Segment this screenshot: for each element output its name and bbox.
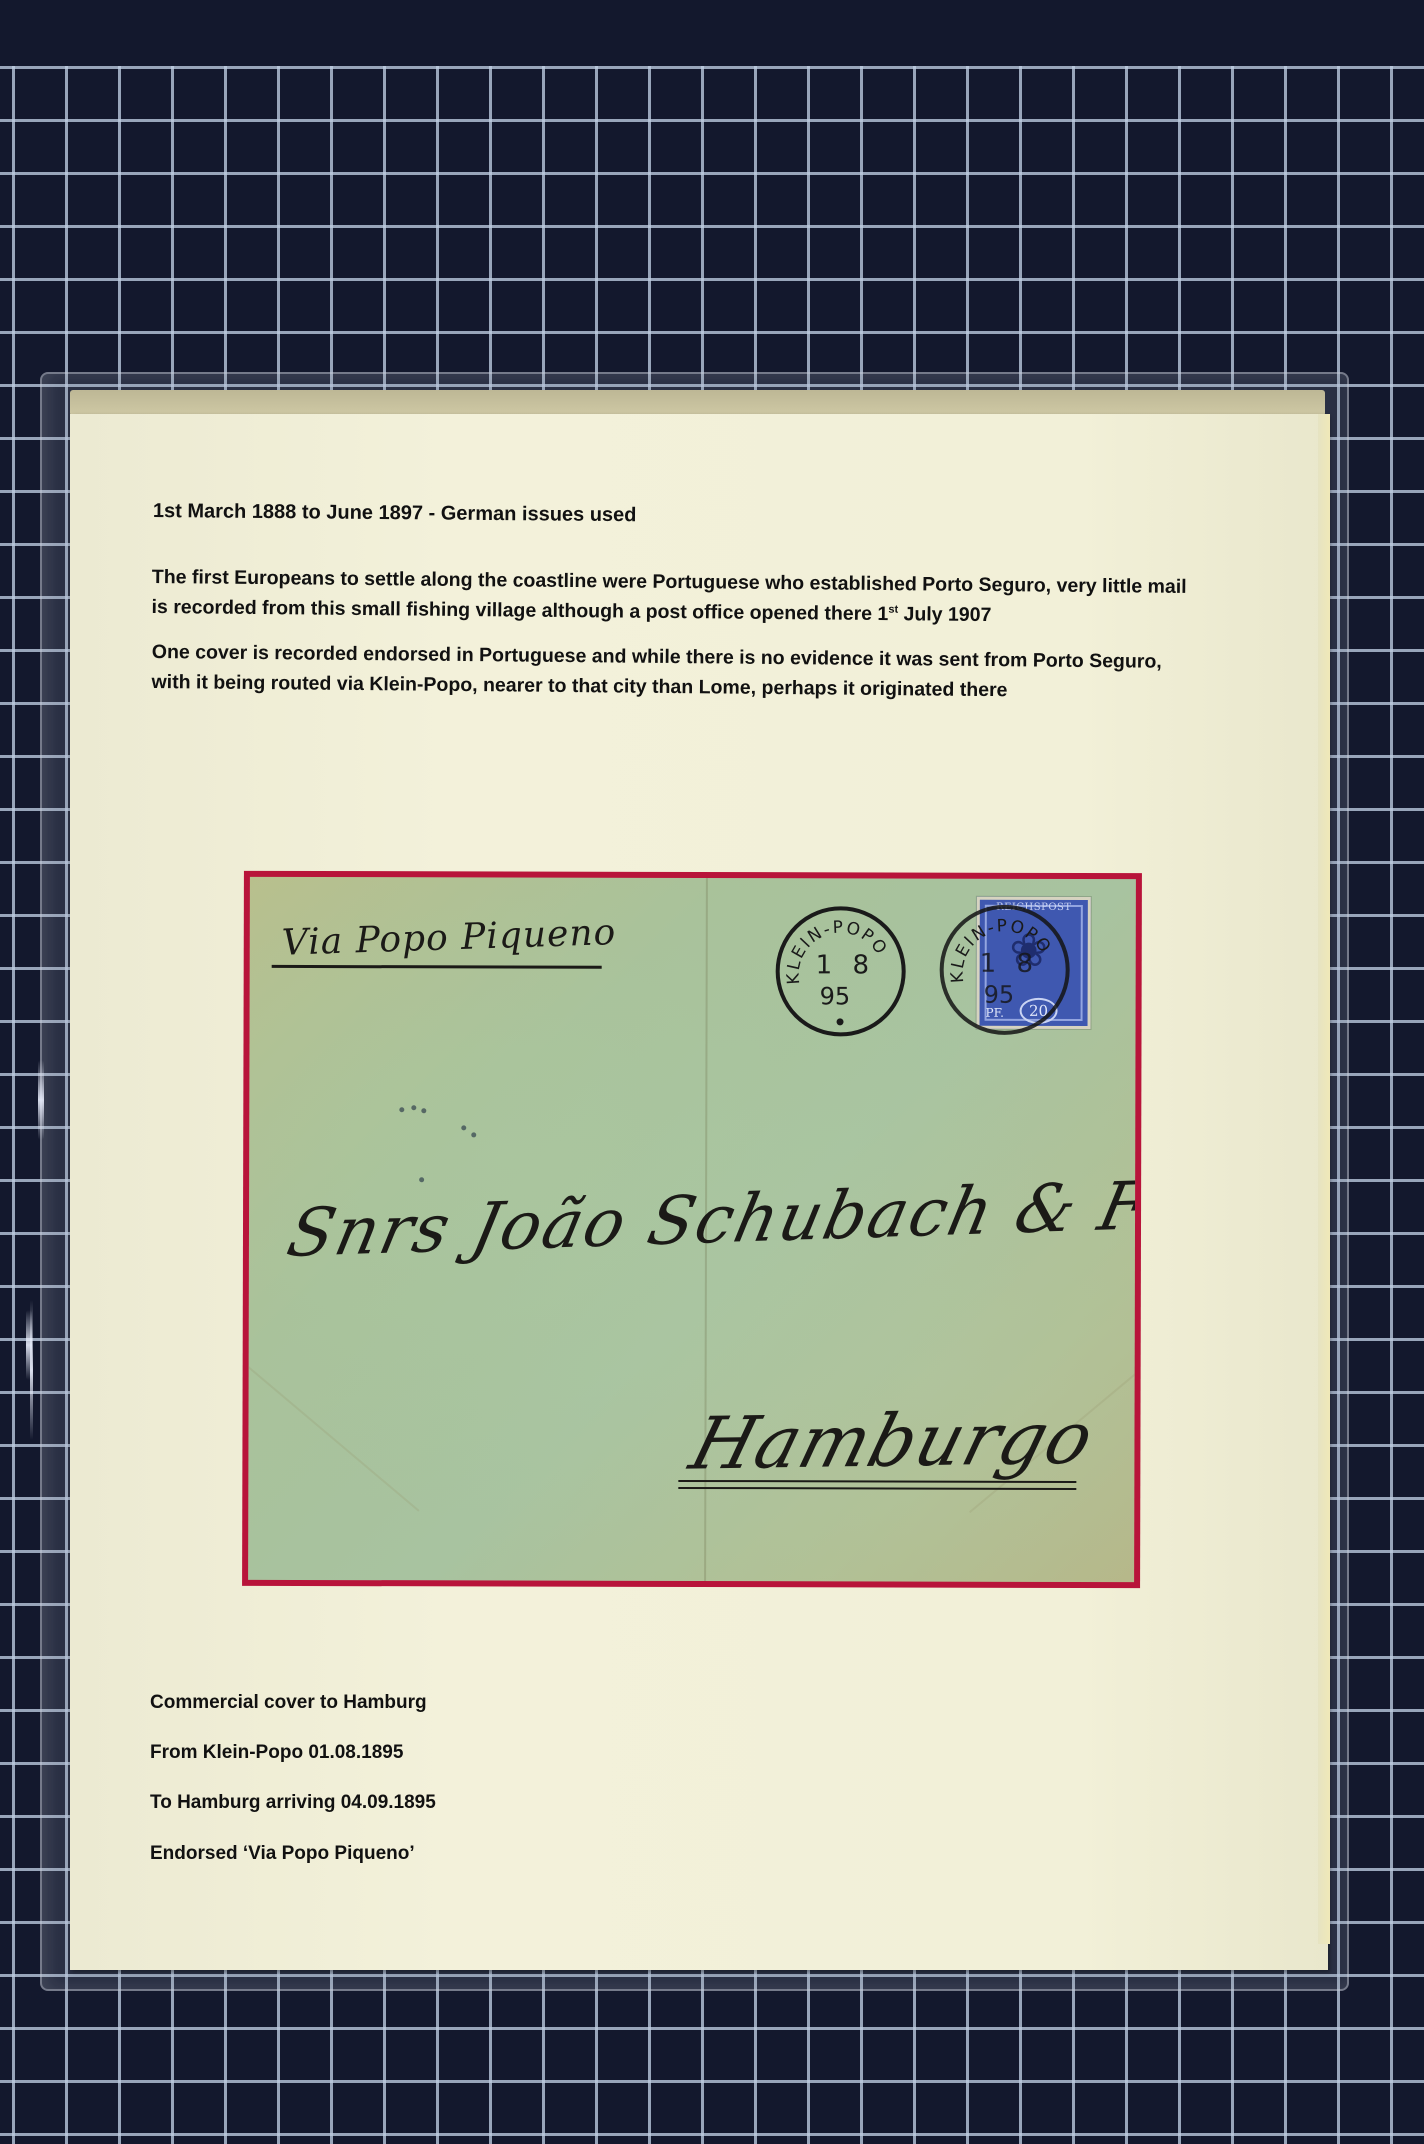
postmark-date: 1 8 [816,950,875,980]
postmark-year: 95 [984,981,1015,1009]
paragraph-history: The first Europeans to settle along the … [151,562,1186,632]
postmark-klein-popo-on-stamp: KLEIN-POPO 1 8 95 [940,905,1070,1035]
page-backing-strip [70,390,1325,416]
text-span: July 1907 [898,603,991,626]
endorsement-handwriting: Via Popo Piqueno [281,912,617,964]
caption-endorsement: Endorsed ‘Via Popo Piqueno’ [150,1843,415,1865]
postmark-date: 1 8 [980,949,1039,979]
cover-paper: Via Popo Piqueno Snrs João Schubach & Fi… [248,877,1136,1582]
page-heading: 1st March 1888 to June 1897 - German iss… [153,500,637,527]
addressee-handwriting: Snrs João Schubach & Filhos [281,1161,1136,1272]
ink-smudge [471,1132,476,1137]
paragraph-cover-note: One cover is recorded endorsed in Portug… [151,637,1161,707]
sleeve-reflection [30,1300,33,1440]
destination-underline [678,1480,1076,1490]
postmark-dot [837,1018,844,1025]
sleeve-reflection [38,1060,44,1140]
fold-crease [248,1342,419,1511]
caption-arrival: To Hamburg arriving 04.09.1895 [150,1792,436,1814]
ink-smudge [419,1177,424,1182]
endorsement-underline [272,965,602,969]
destination-handwriting: Hamburgo [682,1395,1103,1485]
postal-cover: Via Popo Piqueno Snrs João Schubach & Fi… [242,871,1142,1588]
ink-smudge [461,1125,466,1130]
ink-smudge [411,1105,416,1110]
postmark-klein-popo: KLEIN-POPO 1 8 95 [776,906,906,1036]
background-top [0,0,1424,66]
page-edge [1318,414,1330,1944]
ordinal-suffix: st [888,604,898,616]
caption-cover-type: Commercial cover to Hamburg [150,1692,427,1714]
text-span: is recorded from this small fishing vill… [151,596,888,625]
postmark-year: 95 [820,982,851,1010]
ink-smudge [421,1108,426,1113]
ink-smudge [399,1107,404,1112]
caption-origin: From Klein-Popo 01.08.1895 [150,1742,403,1764]
